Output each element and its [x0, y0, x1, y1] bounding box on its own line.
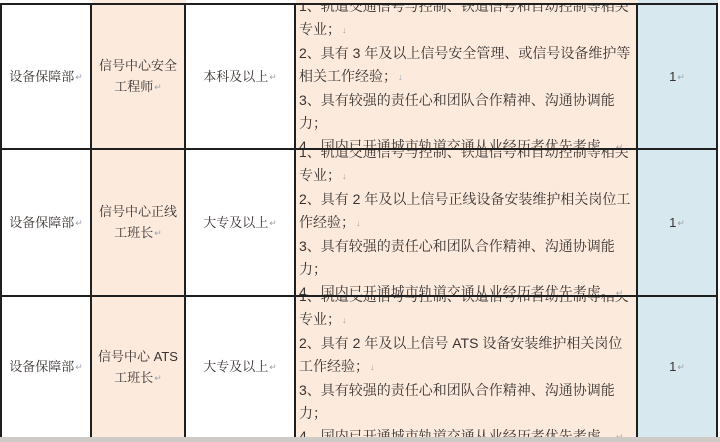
headcount-text: 1↵ [669, 356, 685, 378]
cell-end-mark: ↵ [75, 72, 83, 82]
cell-end-mark: ↵ [677, 362, 685, 372]
cell-requirements: 1、轨道交通信号与控制、铁道信号和自动控制等相关专业；↓ 2、具有 2 年及以上… [296, 297, 638, 439]
cell-end-mark: ↵ [75, 218, 83, 228]
position-text: 信号中心安全工程师↵ [93, 55, 183, 98]
headcount-text: 1↵ [669, 212, 685, 234]
requirement-item: 3、具有较强的责任心和团队合作精神、沟通协调能力； [299, 379, 632, 425]
cell-department: 设备保障部↵ [2, 5, 92, 150]
cell-headcount: 1↵ [638, 297, 718, 439]
cell-end-mark: ↵ [154, 373, 162, 383]
cell-position: 信号中心正线工班长↵ [92, 150, 186, 297]
cell-end-mark: ↵ [677, 72, 685, 82]
line-break-mark: ↓ [398, 72, 403, 82]
cell-position: 信号中心 ATS 工班长↵ [92, 297, 186, 439]
line-break-mark: ↓ [342, 315, 347, 325]
requirement-item: 1、轨道交通信号与控制、铁道信号和自动控制等相关专业；↓ [299, 5, 632, 42]
document-page: 设备保障部↵ 信号中心安全工程师↵ 本科及以上↵ 1、轨道交通信号与控制、铁道信… [0, 0, 720, 442]
requirement-item: 2、具有 2 年及以上信号正线设备安装维护相关岗位工作经验；↓ [299, 188, 632, 235]
position-text: 信号中心正线工班长↵ [93, 201, 183, 244]
cell-education: 大专及以上↵ [186, 150, 296, 297]
cell-requirements: 1、轨道交通信号与控制、铁道信号和自动控制等相关专业；↓ 2、具有 2 年及以上… [296, 150, 638, 297]
previous-row-sliver [2, 0, 720, 3]
sliver-requirements [296, 0, 638, 3]
cell-end-mark: ↵ [154, 82, 162, 92]
sliver-position [92, 0, 186, 3]
education-text: 本科及以上↵ [203, 66, 277, 88]
position-text: 信号中心 ATS 工班长↵ [93, 346, 183, 389]
page-margin-strip [0, 437, 720, 442]
sliver-education [186, 0, 296, 3]
requirement-item: 2、具有 2 年及以上信号 ATS 设备安装维护相关岗位工作经验；↓ [299, 332, 632, 379]
education-text: 大专及以上↵ [203, 212, 277, 234]
requirement-item: 4、国内已开通城市轨道交通从业经历者优先考虑。↵ [299, 135, 632, 151]
sliver-department [2, 0, 92, 3]
cell-education: 大专及以上↵ [186, 297, 296, 439]
line-break-mark: ↓ [356, 218, 361, 228]
cell-headcount: 1↵ [638, 5, 718, 150]
requirement-item: 1、轨道交通信号与控制、铁道信号和自动控制等相关专业；↓ [299, 150, 632, 188]
cell-end-mark: ↵ [616, 142, 624, 151]
requirement-item: 1、轨道交通信号与控制、铁道信号和自动控制等相关专业；↓ [299, 297, 632, 332]
cell-end-mark: ↵ [677, 218, 685, 228]
cell-department: 设备保障部↵ [2, 150, 92, 297]
cell-end-mark: ↵ [269, 218, 277, 228]
line-break-mark: ↓ [342, 25, 347, 35]
cell-end-mark: ↵ [75, 362, 83, 372]
headcount-text: 1↵ [669, 66, 685, 88]
cell-end-mark: ↵ [269, 72, 277, 82]
cell-end-mark: ↵ [616, 288, 624, 298]
line-break-mark: ↓ [342, 171, 347, 181]
requirement-item: 3、具有较强的责任心和团队合作精神、沟通协调能力； [299, 235, 632, 281]
cell-position: 信号中心安全工程师↵ [92, 5, 186, 150]
sliver-headcount [638, 0, 718, 3]
cell-department: 设备保障部↵ [2, 297, 92, 439]
cell-headcount: 1↵ [638, 150, 718, 297]
cell-education: 本科及以上↵ [186, 5, 296, 150]
cell-requirements: 1、轨道交通信号与控制、铁道信号和自动控制等相关专业；↓ 2、具有 3 年及以上… [296, 5, 638, 150]
department-text: 设备保障部↵ [9, 356, 83, 378]
requirement-item: 2、具有 3 年及以上信号安全管理、或信号设备维护等相关工作经验；↓ [299, 42, 632, 89]
cell-end-mark: ↵ [154, 228, 162, 238]
requirement-item: 4、国内已开通城市轨道交通从业经历者优先考虑。↵ [299, 281, 632, 298]
job-table: 设备保障部↵ 信号中心安全工程师↵ 本科及以上↵ 1、轨道交通信号与控制、铁道信… [0, 3, 718, 439]
requirement-item: 3、具有较强的责任心和团队合作精神、沟通协调能力； [299, 89, 632, 135]
department-text: 设备保障部↵ [9, 212, 83, 234]
education-text: 大专及以上↵ [203, 356, 277, 378]
department-text: 设备保障部↵ [9, 66, 83, 88]
line-break-mark: ↓ [370, 362, 375, 372]
cell-end-mark: ↵ [269, 362, 277, 372]
